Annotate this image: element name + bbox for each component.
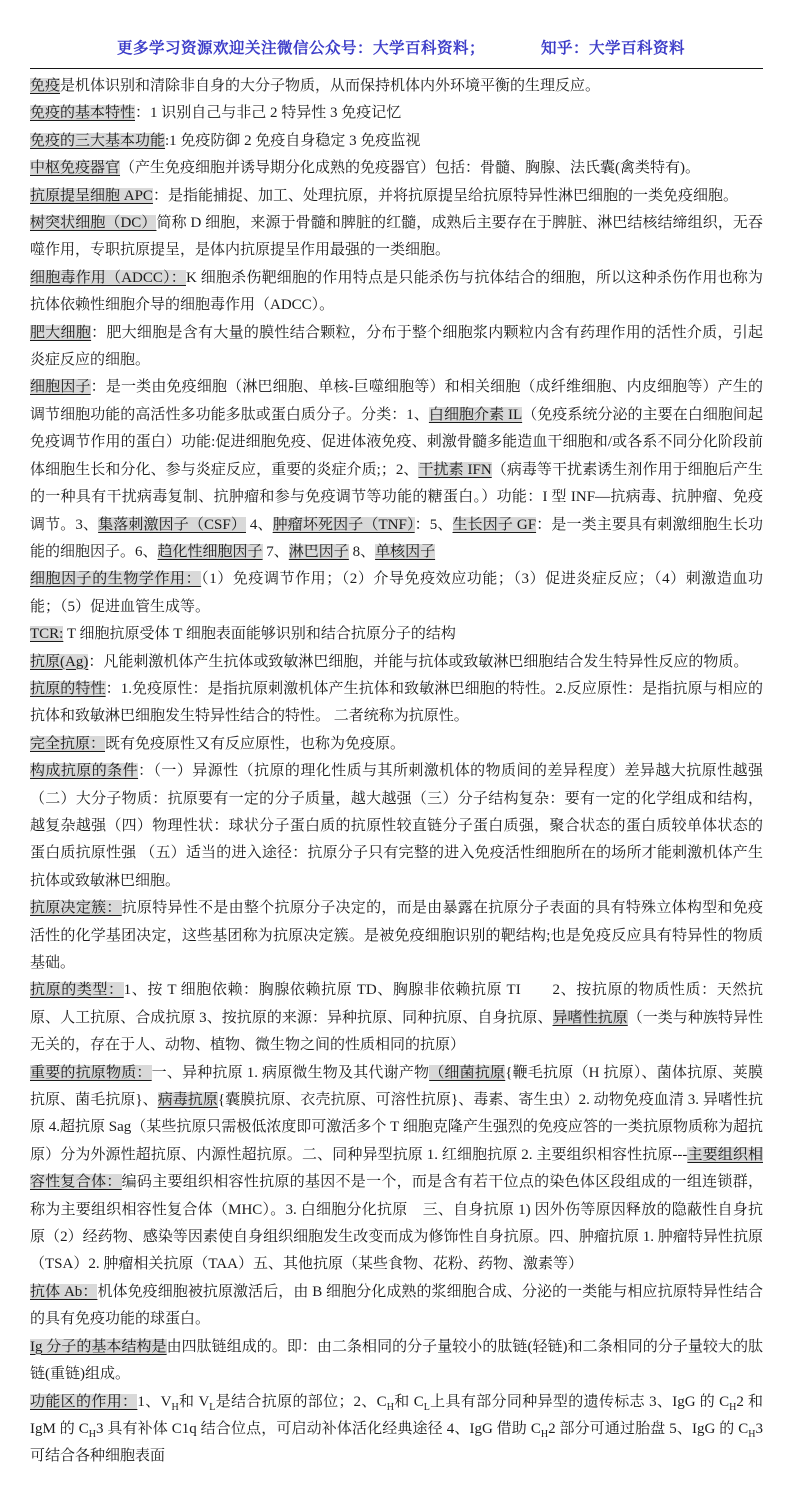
paragraph: 免疫的基本特性：1 识别自己与非己 2 特异性 3 免疫记忆 — [30, 100, 763, 127]
term-highlight: 免疫的三大基本功能 — [30, 133, 165, 149]
page-header: 更多学习资源欢迎关注微信公众号：大学百科资料；知乎：大学百科资料 — [0, 0, 793, 58]
term-highlight: 趋化性细胞因子 — [158, 544, 263, 560]
body-text: T 细胞抗原受体 T 细胞表面能够识别和结合抗原分子的结构 — [63, 626, 456, 642]
paragraph: 树突状细胞（DC）简称 D 细胞，来源于骨髓和脾脏的红髓，成熟后主要存在于脾脏、… — [30, 210, 763, 265]
term-highlight: 抗体 Ab： — [30, 1284, 97, 1300]
term-highlight: 免疫的基本特性 — [30, 105, 135, 121]
term-highlight: 细胞毒作用（ADCC）： — [30, 270, 186, 286]
term-highlight: 白细胞介素 IL — [429, 407, 522, 423]
paragraph: 抗体 Ab：机体免疫细胞被抗原激活后，由 B 细胞分化成熟的浆细胞合成、分泌的一… — [30, 1279, 763, 1334]
paragraph: 中枢免疫器官（产生免疫细胞并诱导期分化成熟的免疫器官）包括：骨髓、胸腺、法氏囊(… — [30, 155, 763, 182]
body-text: 3 具有补体 C1q 结合位点，可启动补体活化经典途径 4、IgG 借助 C — [96, 1421, 541, 1437]
term-highlight: 异嗜性抗原 — [553, 1010, 628, 1026]
term-highlight: 集落刺激因子（CSF） — [98, 517, 246, 533]
body-text: 7、 — [263, 544, 289, 560]
paragraph: 细胞因子的生物学作用：（1）免疫调节作用；（2）介导免疫效应功能；（3）促进炎症… — [30, 566, 763, 621]
body-text: :1 免疫防御 2 免疫自身稳定 3 免疫监视 — [165, 133, 420, 149]
body-text: 2 部分可通过胎盘 5、IgG 的 C — [548, 1421, 748, 1437]
body-text: ：（一）异源性（抗原的理化性质与其所刺激机体的物质间的差异程度）差异越大抗原性越… — [30, 763, 763, 889]
term-highlight: 抗原决定簇： — [30, 900, 122, 916]
document-body: 免疫是机体识别和清除非自身的大分子物质，从而保持机体内外环境平衡的生理反应。免疫… — [0, 69, 793, 1491]
paragraph: 构成抗原的条件：（一）异源性（抗原的理化性质与其所刺激机体的物质间的差异程度）差… — [30, 758, 763, 895]
term-highlight: Ig 分子的基本结构是 — [30, 1339, 167, 1355]
subscript-text: H — [89, 1429, 96, 1440]
paragraph: 肥大细胞：肥大细胞是含有大量的膜性结合颗粒，分布于整个细胞浆内颗粒内含有药理作用… — [30, 320, 763, 375]
subscript-text: H — [541, 1429, 548, 1440]
body-text: ：肥大细胞是含有大量的膜性结合颗粒，分布于整个细胞浆内颗粒内含有药理作用的活性介… — [30, 325, 763, 368]
body-text: ：是指能捕捉、加工、处理抗原，并将抗原提呈给抗原特异性淋巴细胞的一类免疫细胞。 — [153, 188, 738, 204]
term-highlight: 抗原的特性 — [30, 681, 106, 697]
subscript-text: H — [171, 1402, 178, 1413]
body-text: ：凡能刺激机体产生抗体或致敏淋巴细胞，并能与抗体或致敏淋巴细胞结合发生特异性反应… — [88, 654, 748, 670]
term-highlight: 抗原提呈细胞 APC — [30, 188, 153, 204]
paragraph: 抗原(Ag)：凡能刺激机体产生抗体或致敏淋巴细胞，并能与抗体或致敏淋巴细胞结合发… — [30, 649, 763, 676]
paragraph: 细胞因子：是一类由免疫细胞（淋巴细胞、单核-巨噬细胞等）和相关细胞（成纤维细胞、… — [30, 374, 763, 566]
term-highlight: 细胞因子的生物学作用： — [30, 571, 201, 587]
body-text: （产生免疫细胞并诱导期分化成熟的免疫器官）包括：骨髓、胸腺、法氏囊(禽类特有)。 — [120, 160, 700, 176]
body-text: 编码主要组织相容性抗原的基因不是一个，而是含有若干位点的染色体区段组成的一组连锁… — [30, 1174, 763, 1272]
term-highlight: 抗原的类型： — [30, 982, 124, 998]
term-highlight: 免疫 — [30, 78, 60, 94]
paragraph: 免疫的三大基本功能:1 免疫防御 2 免疫自身稳定 3 免疫监视 — [30, 128, 763, 155]
term-highlight: 单核因子 — [375, 544, 435, 560]
paragraph: 抗原决定簇：抗原特异性不是由整个抗原分子决定的，而是由暴露在抗原分子表面的具有特… — [30, 895, 763, 977]
paragraph: 免疫是机体识别和清除非自身的大分子物质，从而保持机体内外环境平衡的生理反应。 — [30, 73, 763, 100]
header-zhihu-text: 知乎：大学百科资料 — [541, 40, 685, 57]
body-text: ：5、 — [415, 517, 453, 533]
term-highlight: 淋巴因子 — [289, 544, 349, 560]
term-highlight: 肿瘤坏死因子（TNF） — [273, 517, 415, 533]
body-text: 8、 — [349, 544, 375, 560]
body-text: 抗原特异性不是由整个抗原分子决定的，而是由暴露在抗原分子表面的具有特殊立体构型和… — [30, 900, 763, 971]
term-highlight: 生长因子 GF — [453, 517, 537, 533]
paragraph: 功能区的作用：1、VH和 VL是结合抗原的部位；2、CH和 CL上具有部分同种异… — [30, 1389, 763, 1471]
paragraph: TCR: T 细胞抗原受体 T 细胞表面能够识别和结合抗原分子的结构 — [30, 621, 763, 648]
paragraph: 抗原的特性：1.免疫原性：是指抗原刺激机体产生抗体和致敏淋巴细胞的特性。2.反应… — [30, 676, 763, 731]
term-highlight: 中枢免疫器官 — [30, 160, 120, 176]
body-text: 和 C — [394, 1394, 424, 1410]
term-highlight: TCR: — [30, 626, 63, 642]
term-highlight: 树突状细胞（DC） — [30, 215, 156, 231]
document-page: 更多学习资源欢迎关注微信公众号：大学百科资料；知乎：大学百科资料 免疫是机体识别… — [0, 0, 793, 1491]
term-highlight: 干扰素 IFN — [418, 462, 491, 478]
term-highlight: 完全抗原： — [30, 736, 105, 752]
header-promo-text: 更多学习资源欢迎关注微信公众号：大学百科资料； — [117, 40, 485, 57]
term-highlight: 肥大细胞 — [30, 325, 91, 341]
body-text: 4、 — [246, 517, 273, 533]
term-highlight: 细胞因子 — [30, 379, 91, 395]
body-text: 1、V — [137, 1394, 171, 1410]
term-highlight: 重要的抗原物质： — [30, 1065, 152, 1081]
body-text: 机体免疫细胞被抗原激活后，由 B 细胞分化成熟的浆细胞合成、分泌的一类能与相应抗… — [30, 1284, 763, 1327]
body-text: 是结合抗原的部位；2、C — [215, 1394, 386, 1410]
subscript-text: H — [748, 1429, 755, 1440]
body-text: 和 V — [179, 1394, 210, 1410]
body-text: 既有免疫原性又有反应原性，也称为免疫原。 — [105, 736, 405, 752]
subscript-text: H — [387, 1402, 394, 1413]
paragraph: 完全抗原：既有免疫原性又有反应原性，也称为免疫原。 — [30, 731, 763, 758]
paragraph: 抗原的类型：1、按 T 细胞依赖：胸腺依赖抗原 TD、胸腺非依赖抗原 TI 2、… — [30, 977, 763, 1059]
paragraph: Ig 分子的基本结构是由四肽链组成的。即：由二条相同的分子量较小的肽链(轻链)和… — [30, 1334, 763, 1389]
paragraph: 细胞毒作用（ADCC）：K 细胞杀伤靶细胞的作用特点是只能杀伤与抗体结合的细胞，… — [30, 265, 763, 320]
body-text: ：1 识别自己与非己 2 特异性 3 免疫记忆 — [135, 105, 401, 121]
body-text: 是机体识别和清除非自身的大分子物质，从而保持机体内外环境平衡的生理反应。 — [60, 78, 600, 94]
paragraph: 重要的抗原物质：一、异种抗原 1. 病原微生物及其代谢产物（细菌抗原{鞭毛抗原（… — [30, 1060, 763, 1279]
term-highlight: 病毒抗原 — [158, 1092, 218, 1108]
term-highlight: 功能区的作用： — [30, 1394, 137, 1410]
term-highlight: 抗原(Ag) — [30, 654, 88, 670]
term-highlight: 构成抗原的条件 — [30, 763, 138, 779]
body-text: 上具有部分同种异型的遗传标志 3、IgG 的 C — [430, 1394, 729, 1410]
body-text: 一、异种抗原 1. 病原微生物及其代谢产物 — [152, 1065, 430, 1081]
term-highlight: （细菌抗原 — [429, 1065, 505, 1081]
paragraph: 抗原提呈细胞 APC：是指能捕捉、加工、处理抗原，并将抗原提呈给抗原特异性淋巴细… — [30, 183, 763, 210]
body-text: ：1.免疫原性：是指抗原刺激机体产生抗体和致敏淋巴细胞的特性。2.反应原性：是指… — [30, 681, 763, 724]
